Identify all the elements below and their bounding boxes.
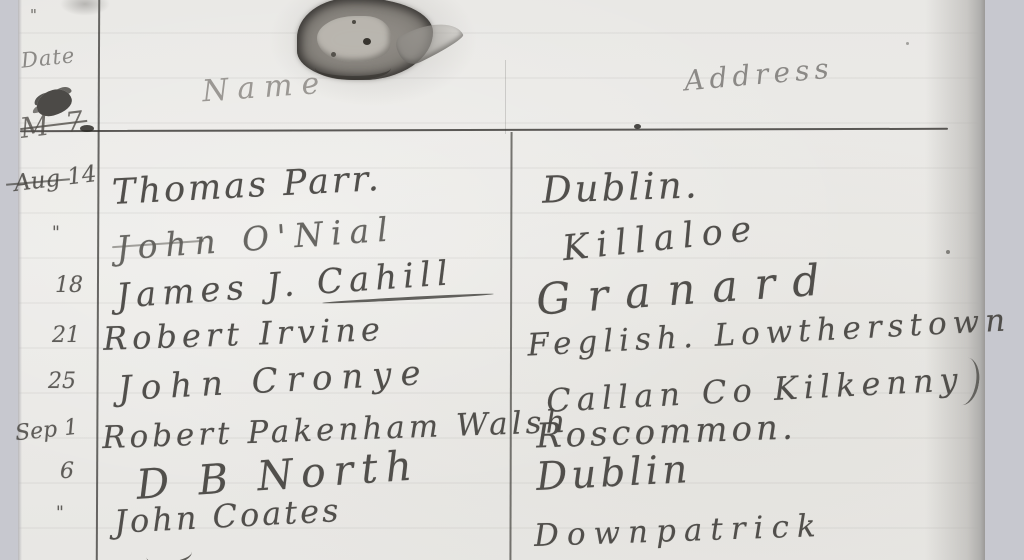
ink-speck — [906, 42, 909, 45]
entry-name: John Coates — [113, 491, 342, 541]
register-row: Aug 14Thomas Parr.Dublin. — [0, 166, 1024, 218]
ink-speck — [946, 250, 950, 254]
ink-speck — [634, 124, 641, 129]
entry-date: 21 — [52, 323, 80, 348]
entry-date: " — [52, 223, 60, 243]
entry-date: 6 — [60, 459, 74, 484]
ink-blot-speck — [352, 20, 356, 24]
ink-blot-speck — [331, 52, 336, 57]
entry-name: Robert Irvine — [102, 310, 385, 358]
entry-date: " — [56, 503, 64, 523]
register-row: 21Robert IrvineFeglish. Lowtherstown — [0, 315, 1024, 367]
entry-address: Dublin — [535, 447, 693, 500]
register-row: 6D B NorthDublin — [0, 451, 1024, 503]
register-row: "John CoatesDownpatrick — [0, 497, 1024, 549]
entry-name: John O'Nial — [115, 209, 397, 267]
entry-name: Thomas Parr. — [111, 159, 382, 213]
ditto-mark-top: " — [30, 6, 39, 24]
entry-address: Downpatrick — [533, 508, 824, 554]
entry-date: 25 — [48, 369, 76, 394]
register-page-scan: " Date Name Address M 7 Aug 14Thomas Par… — [0, 0, 1024, 560]
entry-name: John Cronye — [117, 353, 430, 409]
entry-date: 18 — [55, 273, 83, 298]
entry-date: Sep 1 — [14, 415, 79, 446]
entry-address: Dublin. — [541, 163, 700, 211]
name-address-rule-faint — [505, 60, 506, 134]
ink-blot-speck — [363, 38, 371, 45]
